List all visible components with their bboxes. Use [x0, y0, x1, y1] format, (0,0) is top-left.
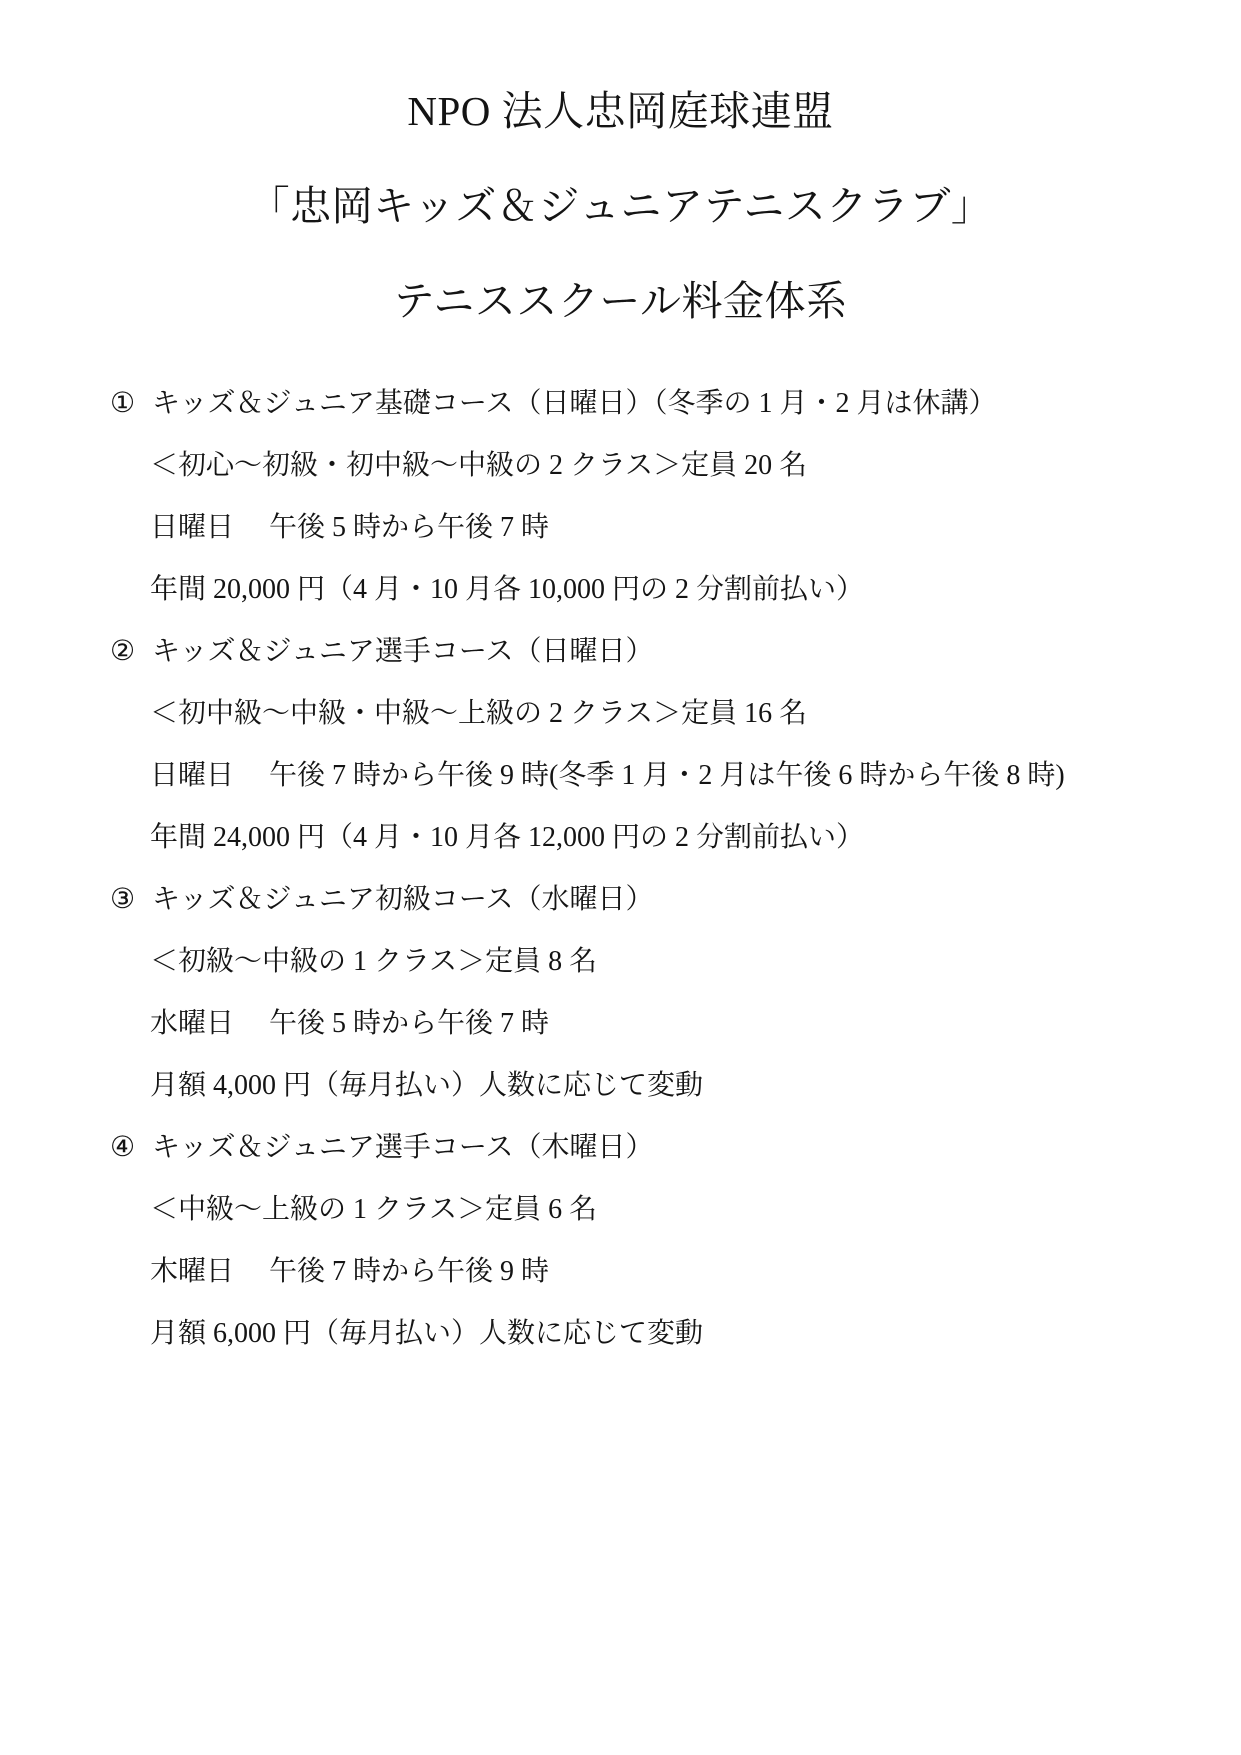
course-section-3: ③キッズ＆ジュニア初級コース（水曜日） ＜初級～中級の 1 クラス＞定員 8 名… [0, 869, 1241, 1117]
section-number: ① [110, 373, 152, 435]
course-section-1: ①キッズ＆ジュニア基礎コース（日曜日）（冬季の 1 月・2 月は休講） ＜初心～… [0, 373, 1241, 621]
course-section-4: ④キッズ＆ジュニア選手コース（木曜日） ＜中級～上級の 1 クラス＞定員 6 名… [0, 1117, 1241, 1365]
section-title: キッズ＆ジュニア選手コース（木曜日） [152, 1132, 653, 1163]
section-number: ④ [110, 1117, 152, 1179]
doc-title: NPO 法人忠岡庭球連盟 [0, 88, 1241, 135]
section-title-row: ②キッズ＆ジュニア選手コース（日曜日） [0, 621, 1241, 683]
schedule-line: 木曜日 午後 7 時から午後 9 時 [0, 1241, 1241, 1303]
schedule-line: 日曜日 午後 5 時から午後 7 時 [0, 497, 1241, 559]
section-number: ③ [110, 869, 152, 931]
section-title: キッズ＆ジュニア初級コース（水曜日） [152, 884, 653, 915]
course-list: ①キッズ＆ジュニア基礎コース（日曜日）（冬季の 1 月・2 月は休講） ＜初心～… [0, 373, 1241, 1365]
section-title: キッズ＆ジュニア選手コース（日曜日） [152, 636, 653, 667]
fee-line: 年間 20,000 円（4 月・10 月各 10,000 円の 2 分割前払い） [0, 559, 1241, 621]
section-number: ② [110, 621, 152, 683]
fee-line: 月額 4,000 円（毎月払い）人数に応じて変動 [0, 1055, 1241, 1117]
section-title-row: ①キッズ＆ジュニア基礎コース（日曜日）（冬季の 1 月・2 月は休講） [0, 373, 1241, 435]
class-capacity-line: ＜初心～初級・初中級～中級の 2 クラス＞定員 20 名 [0, 435, 1241, 497]
course-section-2: ②キッズ＆ジュニア選手コース（日曜日） ＜初中級～中級・中級～上級の 2 クラス… [0, 621, 1241, 869]
document-page: NPO 法人忠岡庭球連盟 「忠岡キッズ＆ジュニアテニスクラブ」 テニススクール料… [0, 0, 1241, 1755]
class-capacity-line: ＜中級～上級の 1 クラス＞定員 6 名 [0, 1179, 1241, 1241]
doc-subtitle: 「忠岡キッズ＆ジュニアテニスクラブ」 [0, 183, 1241, 230]
schedule-line: 日曜日 午後 7 時から午後 9 時(冬季 1 月・2 月は午後 6 時から午後… [0, 745, 1241, 807]
document-header: NPO 法人忠岡庭球連盟 「忠岡キッズ＆ジュニアテニスクラブ」 テニススクール料… [0, 0, 1241, 325]
class-capacity-line: ＜初中級～中級・中級～上級の 2 クラス＞定員 16 名 [0, 683, 1241, 745]
section-title: キッズ＆ジュニア基礎コース（日曜日）（冬季の 1 月・2 月は休講） [152, 388, 996, 419]
fee-line: 月額 6,000 円（毎月払い）人数に応じて変動 [0, 1303, 1241, 1365]
fee-structure-heading: テニススクール料金体系 [0, 278, 1241, 325]
schedule-line: 水曜日 午後 5 時から午後 7 時 [0, 993, 1241, 1055]
fee-line: 年間 24,000 円（4 月・10 月各 12,000 円の 2 分割前払い） [0, 807, 1241, 869]
section-title-row: ③キッズ＆ジュニア初級コース（水曜日） [0, 869, 1241, 931]
section-title-row: ④キッズ＆ジュニア選手コース（木曜日） [0, 1117, 1241, 1179]
class-capacity-line: ＜初級～中級の 1 クラス＞定員 8 名 [0, 931, 1241, 993]
